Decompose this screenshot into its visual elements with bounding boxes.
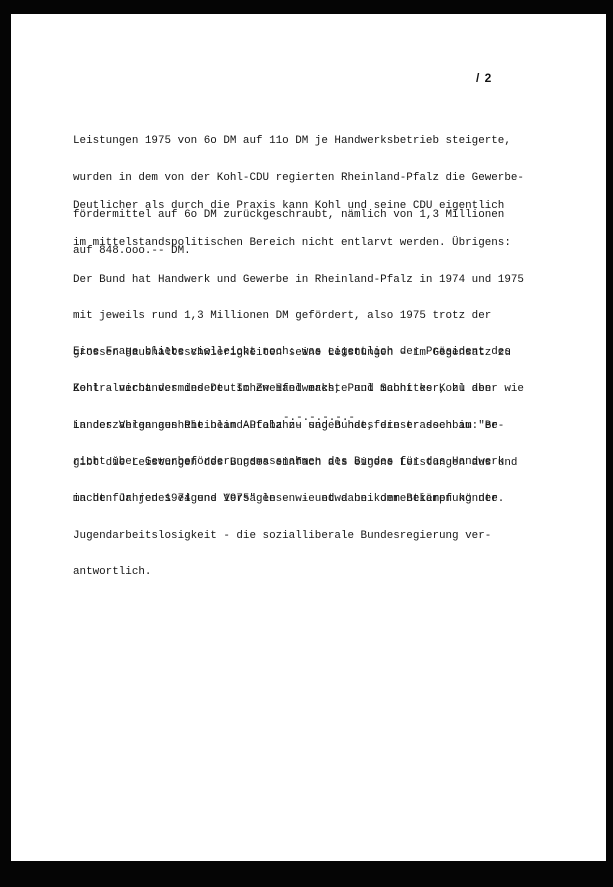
text-line: Jugendarbeitslosigkeit - die sozialliber… <box>73 530 524 542</box>
text-line: im mittelstandspolitischen Bereich nicht… <box>73 237 524 249</box>
text-line: in den Jahren 1974 und 1975" lesen - und… <box>73 493 511 505</box>
text-line: mit jeweils rund 1,3 Millionen DM geförd… <box>73 310 524 322</box>
text-line: richt über Gewerbeförderungsmassnahmen d… <box>73 456 511 468</box>
text-line: Leistungen 1975 von 6o DM auf 11o DM je … <box>73 135 524 147</box>
text-line: Eine Frage bliebe vielleicht noch: was e… <box>73 346 511 358</box>
text-line: Zentralverbandes des Deutschen Handwerks… <box>73 383 511 395</box>
document-page: / 2 Leistungen 1975 von 6o DM auf 11o DM… <box>11 14 606 861</box>
page-number: / 2 <box>476 71 492 85</box>
paragraph-3: Eine Frage bliebe vielleicht noch: was e… <box>73 322 511 529</box>
end-of-text-marker: -.-.-.-.-.- <box>283 412 355 424</box>
text-line: antwortlich. <box>73 566 524 578</box>
text-line: Deutlicher als durch die Praxis kann Koh… <box>73 200 524 212</box>
text-line: Der Bund hat Handwerk und Gewerbe in Rhe… <box>73 274 524 286</box>
